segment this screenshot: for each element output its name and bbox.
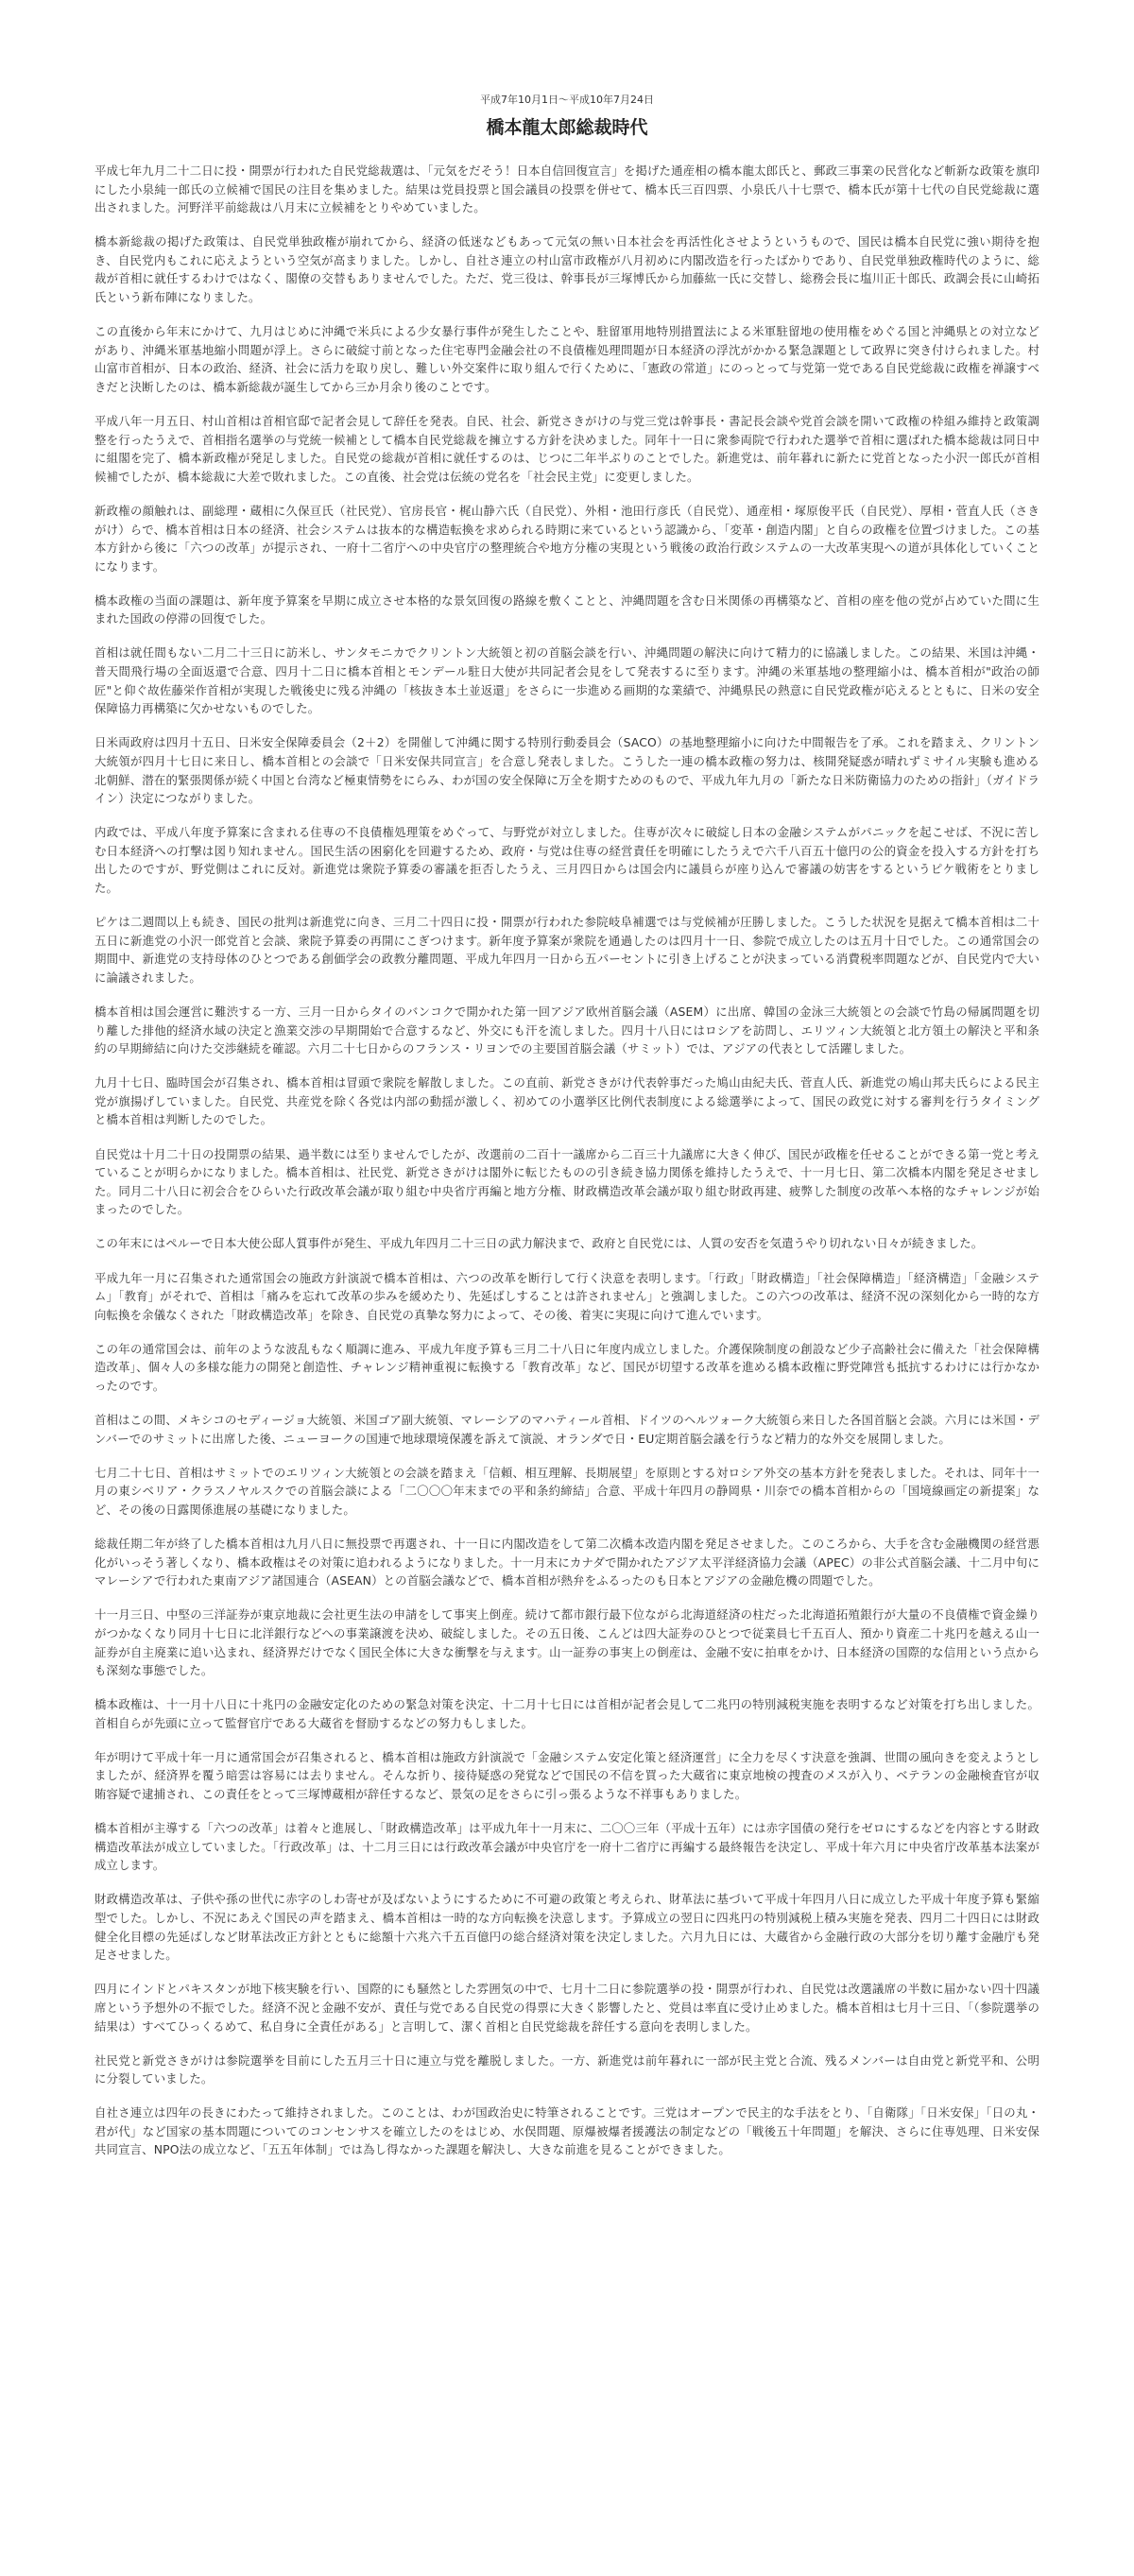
paragraph: 自民党は十月二十日の投開票の結果、過半数には至りませんでしたが、改選前の二百十一… (94, 1145, 1039, 1219)
paragraph: 平成七年九月二十二日に投・開票が行われた自民党総裁選は、「元気をだそう！日本自信… (94, 162, 1039, 217)
paragraph: この直後から年末にかけて、九月はじめに沖縄で米兵による少女暴行事件が発生したこと… (94, 322, 1039, 396)
paragraph: ピケは二週間以上も続き、国民の批判は新進党に向き、三月二十四日に投・開票が行われ… (94, 913, 1039, 987)
paragraph: 平成九年一月に召集された通常国会の施政方針演説で橋本首相は、六つの改革を断行して… (94, 1269, 1039, 1325)
paragraph: 九月十七日、臨時国会が召集され、橋本首相は冒頭で衆院を解散しました。この直前、新… (94, 1073, 1039, 1129)
paragraph: この年末にはペルーで日本大使公邸人質事件が発生、平成九年四月二十三日の武力解決ま… (94, 1234, 1039, 1253)
paragraph: 自社さ連立は四年の長きにわたって維持されました。このことは、わが国政治史に特筆さ… (94, 2104, 1039, 2159)
paragraph: 社民党と新党さきがけは参院選挙を目前にした五月三十日に連立与党を離脱しました。一… (94, 2052, 1039, 2088)
paragraph: この年の通常国会は、前年のような波乱もなく順調に進み、平成九年度予算も三月二十八… (94, 1340, 1039, 1396)
paragraph: 財政構造改革は、子供や孫の世代に赤字のしわ寄せが及ばないようにするために不可避の… (94, 1890, 1039, 1964)
paragraph: 橋本政権の当面の課題は、新年度予算案を早期に成立させ本格的な景気回復の路線を敷く… (94, 592, 1039, 628)
paragraph: 平成八年一月五日、村山首相は首相官邸で記者会見して辞任を発表。自民、社会、新党さ… (94, 412, 1039, 486)
paragraph: 橋本政権は、十一月十八日に十兆円の金融安定化のための緊急対策を決定、十二月十七日… (94, 1695, 1039, 1732)
article-body: 平成七年九月二十二日に投・開票が行われた自民党総裁選は、「元気をだそう！日本自信… (94, 162, 1039, 2159)
paragraph: 内政では、平成八年度予算案に含まれる住専の不良債権処理策をめぐって、与野党が対立… (94, 823, 1039, 897)
paragraph: 首相はこの間、メキシコのセディージョ大統領、米国ゴア副大統領、マレーシアのマハテ… (94, 1411, 1039, 1448)
paragraph: 四月にインドとパキスタンが地下核実験を行い、国際的にも騒然とした雰囲気の中で、七… (94, 1980, 1039, 2035)
paragraph: 首相は就任間もない二月二十三日に訪米し、サンタモニカでクリントン大統領と初の首脳… (94, 644, 1039, 717)
term-period: 平成7年10月1日～平成10年7月24日 (94, 93, 1039, 108)
paragraph: 橋本首相は国会運営に難渋する一方、三月一日からタイのバンコクで開かれた第一回アジ… (94, 1003, 1039, 1058)
paragraph: 橋本首相が主導する「六つの改革」は着々と進展し、「財政構造改革」は平成九年十一月… (94, 1819, 1039, 1875)
paragraph: 新政権の顔触れは、副総理・蔵相に久保亘氏（社民党）、官房長官・梶山静六氏（自民党… (94, 502, 1039, 575)
paragraph: 日米両政府は四月十五日、日米安全保障委員会（2＋2）を開催して沖縄に関する特別行… (94, 733, 1039, 807)
article-page: 平成7年10月1日～平成10年7月24日 橋本龍太郎総裁時代 平成七年九月二十二… (94, 0, 1039, 2232)
article-header: 平成7年10月1日～平成10年7月24日 橋本龍太郎総裁時代 (94, 93, 1039, 140)
paragraph: 七月二十七日、首相はサミットでのエリツィン大統領との会談を踏まえ「信頼、相互理解… (94, 1464, 1039, 1520)
paragraph: 橋本新総裁の掲げた政策は、自民党単独政権が崩れてから、経済の低迷などもあって元気… (94, 232, 1039, 306)
page-title: 橋本龍太郎総裁時代 (94, 115, 1039, 140)
paragraph: 十一月三日、中堅の三洋証券が東京地裁に会社更生法の申請をして事実上倒産。続けて都… (94, 1606, 1039, 1679)
paragraph: 総裁任期二年が終了した橋本首相は九月八日に無投票で再選され、十一日に内閣改造をし… (94, 1535, 1039, 1590)
paragraph: 年が明けて平成十年一月に通常国会が召集されると、橋本首相は施政方針演説で「金融シ… (94, 1748, 1039, 1804)
